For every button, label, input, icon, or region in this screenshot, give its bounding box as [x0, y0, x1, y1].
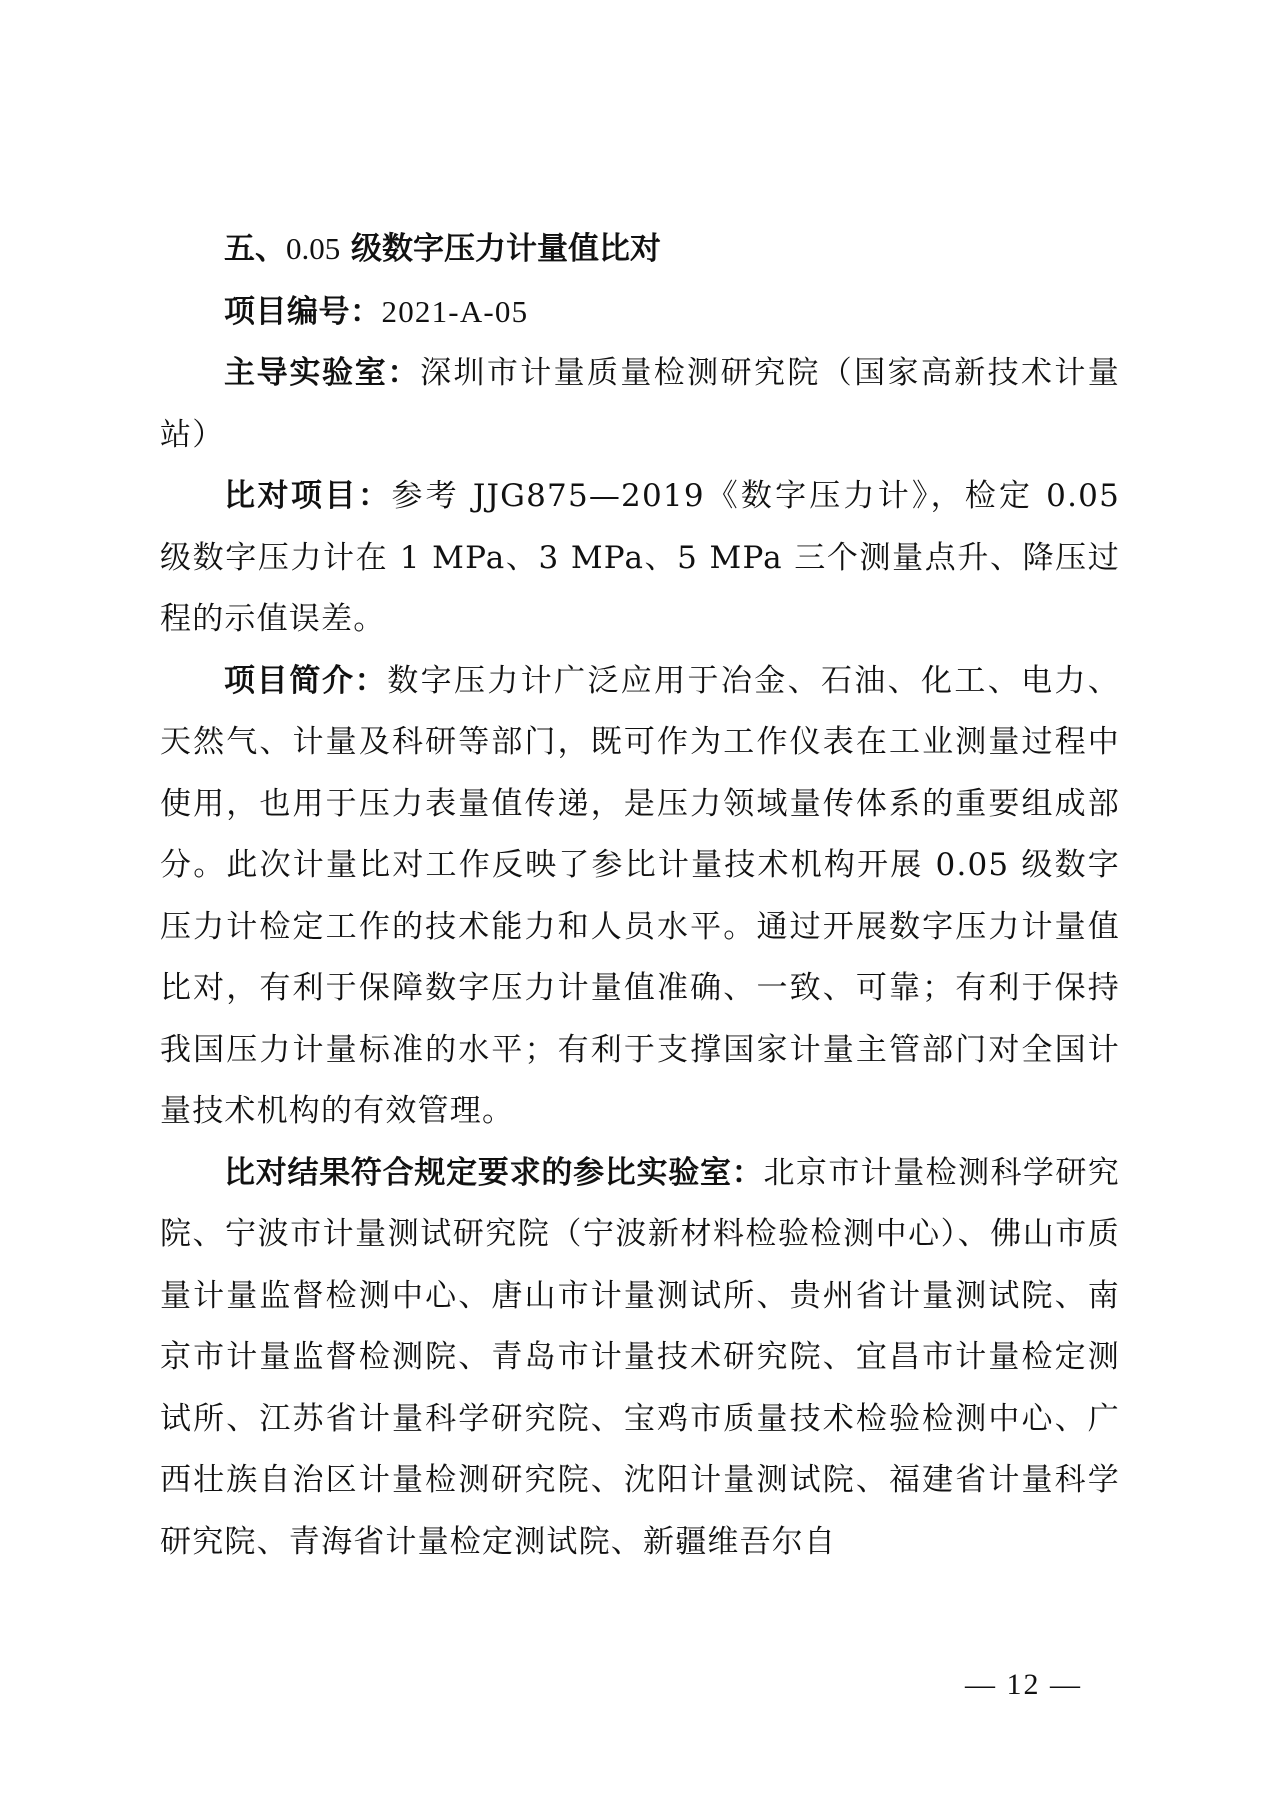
comparison-item-label: 比对项目： — [224, 478, 391, 514]
qualified-labs-label: 比对结果符合规定要求的参比实验室： — [224, 1155, 763, 1191]
heading-grade: 0.05 — [286, 231, 340, 266]
project-intro-paragraph: 项目简介：数字压力计广泛应用于冶金、石油、化工、电力、天然气、计量及科研等部门，… — [160, 651, 1120, 1143]
heading-title: 级数字压力计量值比对 — [340, 231, 661, 267]
project-number-value: 2021-A-05 — [382, 294, 529, 329]
project-number-label: 项目编号： — [224, 294, 382, 330]
qualified-labs-paragraph: 比对结果符合规定要求的参比实验室：北京市计量检测科学研究院、宁波市计量测试研究院… — [160, 1143, 1120, 1574]
lead-lab-label: 主导实验室： — [224, 355, 420, 391]
heading-prefix: 五、 — [224, 231, 286, 267]
qualified-labs-value: 北京市计量检测科学研究院、宁波市计量测试研究院（宁波新材料检验检测中心）、佛山市… — [160, 1155, 1120, 1560]
comparison-item-paragraph: 比对项目：参考 JJG875—2019《数字压力计》，检定 0.05 级数字压力… — [160, 466, 1120, 651]
project-intro-value: 数字压力计广泛应用于冶金、石油、化工、电力、天然气、计量及科研等部门，既可作为工… — [160, 663, 1120, 1130]
project-intro-label: 项目简介： — [224, 663, 387, 699]
document-page: 五、0.05 级数字压力计量值比对 项目编号：2021-A-05 主导实验室：深… — [160, 218, 1120, 1573]
page-number: — 12 — — [965, 1668, 1082, 1702]
project-number-paragraph: 项目编号：2021-A-05 — [160, 281, 1120, 344]
section-heading: 五、0.05 级数字压力计量值比对 — [160, 218, 1120, 281]
lead-lab-paragraph: 主导实验室：深圳市计量质量检测研究院（国家高新技术计量站） — [160, 343, 1120, 466]
